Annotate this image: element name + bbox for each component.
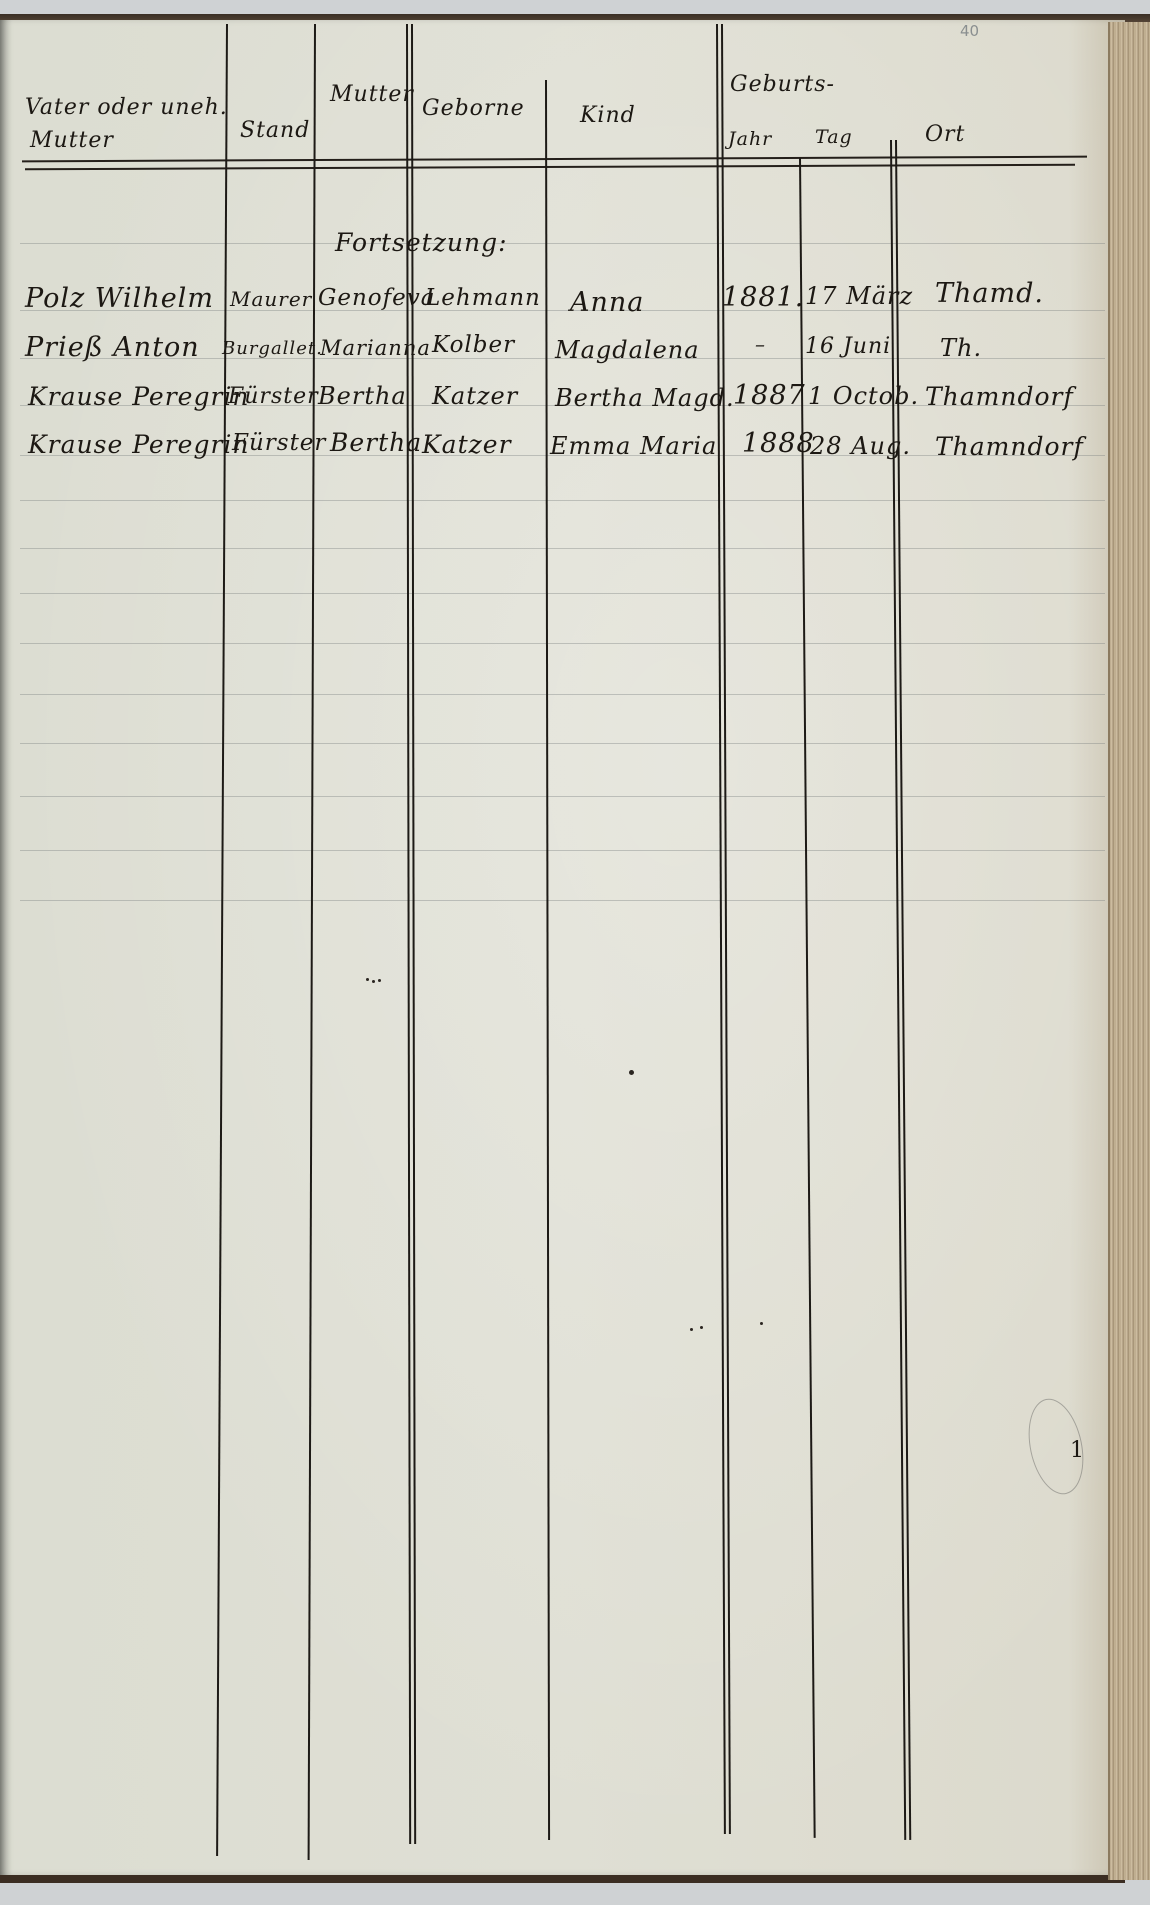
header-born: Geborne xyxy=(422,96,525,121)
page-number: 40 xyxy=(960,22,979,40)
scan-background xyxy=(0,1883,1150,1905)
cell-year: 1888 xyxy=(742,428,815,459)
cell-father: Polz Wilhelm xyxy=(25,283,214,314)
ink-dots xyxy=(690,1328,693,1331)
cell-born: Lehmann xyxy=(425,285,541,311)
header-father-line2: Mutter xyxy=(30,128,114,153)
ink-spot xyxy=(629,1070,634,1075)
ruled-line xyxy=(20,796,1105,797)
header-year: Jahr xyxy=(728,128,772,150)
ink-dots xyxy=(372,980,375,983)
ruled-line xyxy=(20,694,1105,695)
ruled-line xyxy=(20,243,1105,244)
header-day: Tag xyxy=(815,126,853,148)
cell-father: Prieß Anton xyxy=(25,332,200,363)
ink-dots xyxy=(760,1322,763,1325)
cell-child: Magdalena xyxy=(555,336,700,364)
cell-born: Kolber xyxy=(432,332,515,358)
cell-place: Thamd. xyxy=(935,278,1044,309)
cell-place: Thamndorf xyxy=(935,432,1084,461)
cell-father: Krause Peregrin xyxy=(28,430,250,459)
header-status-label: Stand xyxy=(240,118,310,143)
cell-place: Th. xyxy=(940,334,982,362)
cell-day: 17 März xyxy=(805,282,913,310)
ruled-line xyxy=(20,548,1105,549)
cell-mother: Genofeva xyxy=(318,285,435,311)
cell-mother: Bertha xyxy=(330,428,422,457)
section-heading: Fortsetzung: xyxy=(335,228,508,257)
header-place: Ort xyxy=(925,122,965,147)
ruled-line xyxy=(20,743,1105,744)
header-father-line1: Vater oder uneh. xyxy=(25,95,228,120)
header-mother: Mutter xyxy=(330,82,414,107)
ruled-line xyxy=(20,900,1105,901)
cell-status: Fürster xyxy=(232,430,326,456)
cell-status: Fürster xyxy=(228,384,319,409)
cell-year: 1881. xyxy=(722,282,804,313)
cell-status: Burgallet. xyxy=(222,338,323,359)
cell-day: 1 Octob. xyxy=(808,382,919,410)
cell-year: 1887 xyxy=(733,380,806,411)
ink-dots xyxy=(366,978,369,981)
cell-father: Krause Peregrin xyxy=(28,382,250,411)
cell-child: Emma Maria xyxy=(550,432,717,460)
header-child: Kind xyxy=(580,103,636,128)
cell-mother: Bertha xyxy=(318,382,407,410)
cell-child: Bertha Magd. xyxy=(555,384,735,412)
ruled-line xyxy=(20,500,1105,501)
cell-year: – xyxy=(755,332,766,356)
cell-born: Katzer xyxy=(422,430,512,459)
margin-mark: 1 xyxy=(1070,1438,1085,1463)
ink-dots xyxy=(378,979,381,982)
ruled-line xyxy=(20,850,1105,851)
cell-place: Thamndorf xyxy=(925,382,1074,411)
cell-child: Anna xyxy=(570,287,644,318)
cell-mother: Marianna xyxy=(320,336,431,360)
ruled-line xyxy=(20,643,1105,644)
cell-born: Katzer xyxy=(432,382,518,410)
cell-day: 16 Juni xyxy=(805,334,891,359)
cell-day: 28 Aug. xyxy=(810,432,911,460)
cell-status: Maurer xyxy=(230,287,312,311)
ruled-line xyxy=(20,593,1105,594)
ink-dots xyxy=(700,1326,703,1329)
header-birth-group: Geburts- xyxy=(730,72,835,97)
book-page-edges xyxy=(1108,22,1150,1880)
